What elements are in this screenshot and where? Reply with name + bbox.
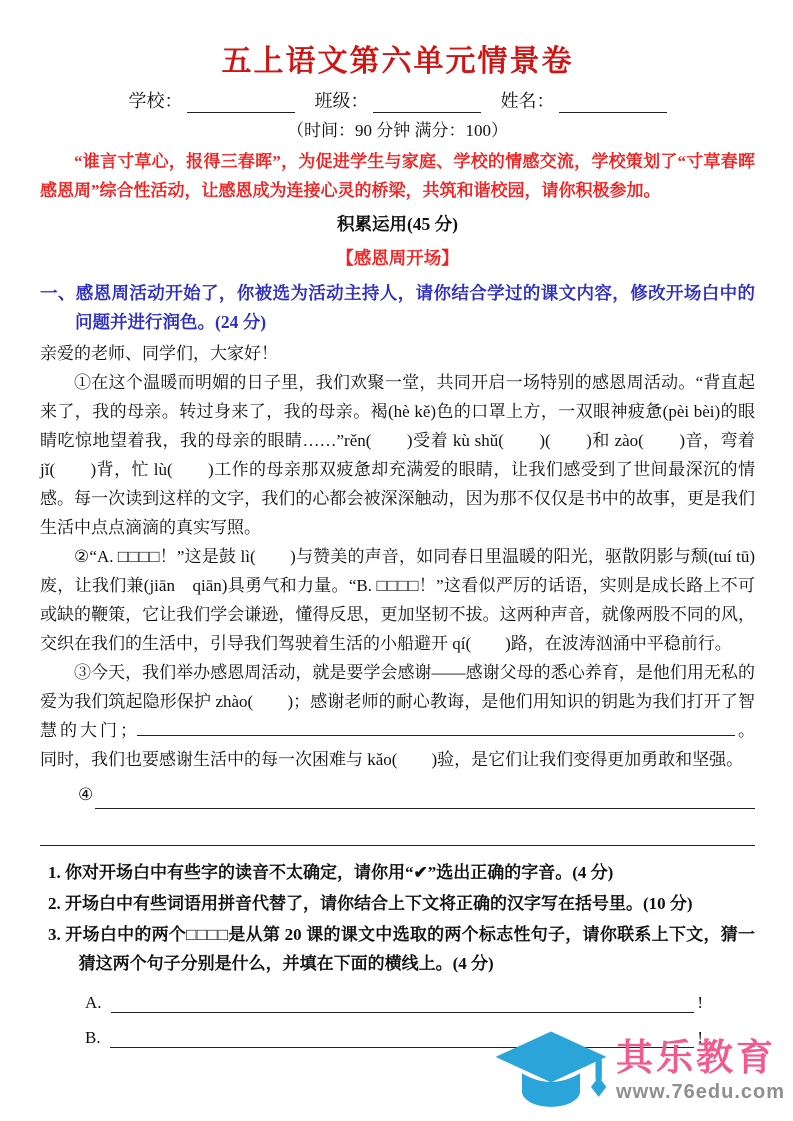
answer-b-label: B. [85, 1028, 101, 1048]
sub-question-3-number: 3. [48, 925, 61, 944]
sub-question-1-text: 你对开场白中有些字的读音不太确定，请你用“✔”选出正确的字音。(4 分) [65, 863, 613, 882]
brand-footer: 其乐教育 www.76edu.com [492, 1027, 785, 1115]
item-4-row: ④ [78, 780, 755, 809]
brand-text-block: 其乐教育 www.76edu.com [616, 1038, 785, 1104]
name-field: 姓名： [501, 87, 667, 113]
section-subheading-opening: 【感恩周开场】 [40, 245, 755, 270]
sub-question-1-number: 1. [48, 863, 61, 882]
section-heading-accumulate: 积累运用(45 分) [40, 211, 755, 236]
class-label: 班级： [315, 87, 369, 113]
graduation-cap-icon [492, 1027, 610, 1115]
sub-question-3-text: 开场白中的两个□□□□是从第 20 课的课文中选取的两个标志性句子，请你联系上下… [65, 925, 755, 973]
fill-blank-teacher-sentence[interactable] [137, 717, 735, 736]
answer-row-a: A. ! [85, 991, 703, 1013]
school-label: 学校： [129, 87, 183, 113]
exam-paper-page: 五上语文第六单元情景卷 学校： 班级： 姓名： （时间：90 分钟 满分：100… [0, 0, 793, 1121]
brand-name: 其乐教育 [616, 1038, 785, 1079]
paragraph-3: ③今天，我们举办感恩周活动，就是要学会感谢——感谢父母的悉心养育，是他们用无私的… [40, 658, 755, 774]
school-input-blank[interactable] [187, 91, 295, 113]
answer-a-label: A. [85, 993, 102, 1013]
item-4-answer-line-continuation[interactable] [40, 809, 755, 846]
brand-url: www.76edu.com [616, 1081, 785, 1104]
class-input-blank[interactable] [373, 91, 481, 113]
answer-a-blank[interactable] [111, 991, 695, 1013]
page-title: 五上语文第六单元情景卷 [40, 36, 755, 80]
time-score-line: （时间：90 分钟 满分：100） [40, 116, 755, 141]
paragraph-2: ②“A. □□□□！”这是鼓 lì( )与赞美的声音，如同春日里温暖的阳光，驱散… [40, 542, 755, 658]
name-input-blank[interactable] [559, 91, 667, 113]
school-field: 学校： [129, 87, 295, 113]
sub-question-1: 1. 你对开场白中有些字的读音不太确定，请你用“✔”选出正确的字音。(4 分) [48, 858, 755, 887]
greeting-line: 亲爱的老师、同学们，大家好！ [40, 339, 755, 368]
sub-question-2-number: 2. [48, 894, 61, 913]
class-field: 班级： [315, 87, 481, 113]
name-label: 姓名： [501, 87, 555, 113]
question-one-stem: 一、感恩周活动开始了，你被选为活动主持人，请你结合学过的课文内容，修改开场白中的… [40, 279, 755, 337]
sub-question-2-text: 开场白中有些词语用拼音代替了，请你结合上下文将正确的汉字写在括号里。(10 分) [65, 894, 693, 913]
sub-question-2: 2. 开场白中有些词语用拼音代替了，请你结合上下文将正确的汉字写在括号里。(10… [48, 889, 755, 918]
item-4-answer-blank[interactable] [95, 787, 755, 809]
answer-a-suffix: ! [697, 993, 703, 1013]
intro-paragraph: “谁言寸草心，报得三春晖”，为促进学生与家庭、学校的情感交流，学校策划了“寸草春… [40, 147, 755, 205]
paragraph-1: ①在这个温暖而明媚的日子里，我们欢聚一堂，共同开启一场特别的感恩周活动。“背直起… [40, 368, 755, 542]
student-info-row: 学校： 班级： 姓名： [40, 87, 755, 113]
item-4-label: ④ [78, 780, 93, 809]
sub-question-3: 3. 开场白中的两个□□□□是从第 20 课的课文中选取的两个标志性句子，请你联… [48, 920, 755, 978]
